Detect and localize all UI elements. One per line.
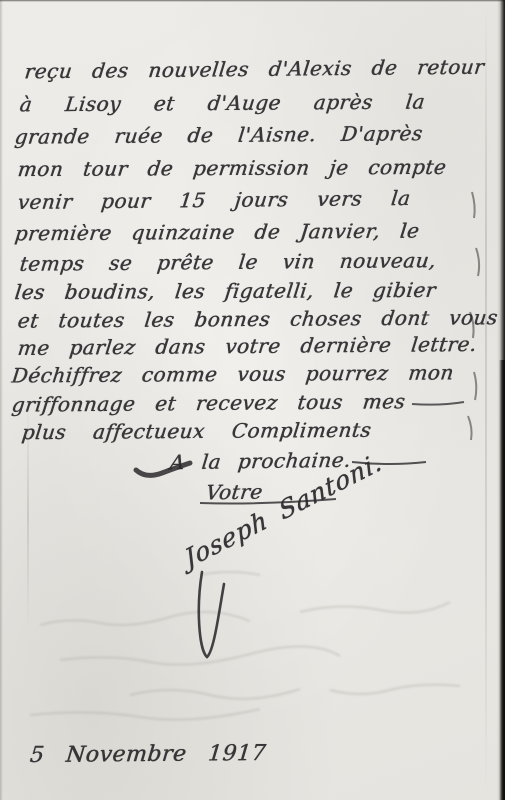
letter-line: et toutes les bonnes choses dont vous [16, 305, 499, 332]
photo-edge-right-lower [499, 360, 505, 800]
letter-line: à Lisoy et d'Auge après la [18, 90, 426, 117]
photo-edge-top [0, 0, 505, 2]
letter-line: temps se prête le vin nouveau, [18, 248, 437, 276]
letter-line: les boudins, les figatelli, le gibier [13, 278, 437, 304]
letter-photo: reçu des nouvelles d'Alexis de retour à … [0, 0, 505, 800]
closing-line: A la prochaine. [169, 448, 353, 475]
letter-line: grande ruée de l'Aisne. D'après [13, 121, 424, 149]
date-line: 5 Novembre 1917 [29, 741, 268, 768]
signature-tail-stroke [199, 572, 224, 657]
photo-edge-left [0, 0, 3, 800]
paper-fold-line-left [27, 400, 29, 630]
letter-line: plus affectueux Compliments [20, 418, 372, 444]
letter-line: griffonnage et recevez tous mes [10, 389, 406, 416]
letter-line: reçu des nouvelles d'Alexis de retour [23, 55, 485, 84]
letter-line: venir pour 15 jours vers la [16, 186, 411, 214]
letter-line: première quinzaine de Janvier, le [13, 219, 420, 246]
letter-line: Déchiffrez comme vous pourrez mon [10, 360, 455, 387]
valediction: Votre [204, 480, 264, 505]
paper-fold-line-right [485, 0, 487, 800]
letter-line: mon tour de permission je compte [16, 155, 447, 181]
letter-line: me parlez dans votre dernière lettre. [16, 332, 478, 360]
